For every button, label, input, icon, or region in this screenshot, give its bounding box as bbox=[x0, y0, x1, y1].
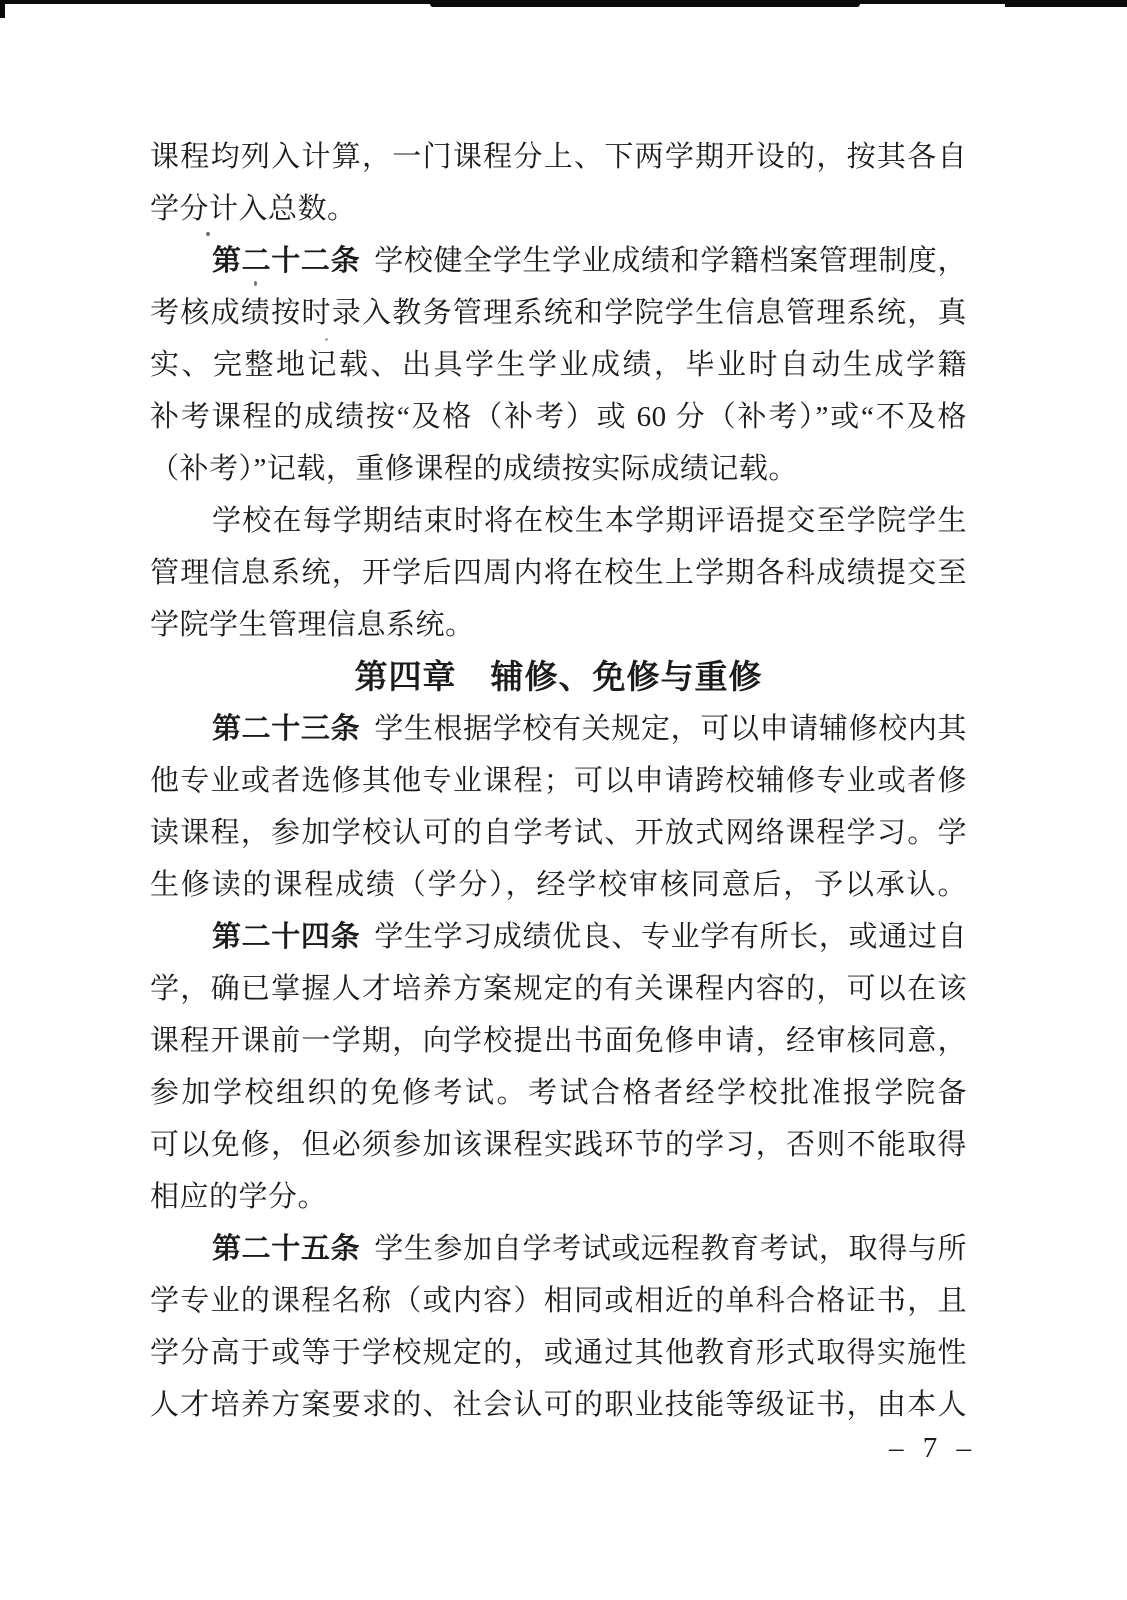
text-line: 实、完整地记载、出具学生学业成绩，毕业时自动生成学籍卡。 bbox=[150, 339, 967, 391]
article-line: 第二十二条学校健全学生学业成绩和学籍档案管理制度， bbox=[150, 235, 967, 287]
text-line paragraph-end: 学分计入总数。 bbox=[150, 183, 967, 235]
text-line: 课程开课前一学期，向学校提出书面免修申请，经审核同意， bbox=[150, 1015, 967, 1067]
chapter-heading: 第四章 辅修、免修与重修 bbox=[150, 651, 967, 703]
article-number: 第二十五条 bbox=[212, 1233, 360, 1265]
article-text: 学生学习成绩优良、专业学有所长，或通过自 bbox=[374, 921, 967, 953]
text-line: 参加学校组织的免修考试。考试合格者经学校批准报学院备案， bbox=[150, 1067, 967, 1119]
document-body: 课程均列入计算，一门课程分上、下两学期开设的，按其各自 学分计入总数。 第二十二… bbox=[150, 131, 967, 1431]
article-line: 第二十五条学生参加自学考试或远程教育考试，取得与所 bbox=[150, 1223, 967, 1275]
article-line: 第二十三条学生根据学校有关规定，可以申请辅修校内其 bbox=[150, 703, 967, 755]
text-line: 可以免修，但必须参加该课程实践环节的学习，否则不能取得 bbox=[150, 1119, 967, 1171]
text-line: 考核成绩按时录入教务管理系统和学院学生信息管理系统，真 bbox=[150, 287, 967, 339]
text-line: 管理信息系统，开学后四周内将在校生上学期各科成绩提交至 bbox=[150, 547, 967, 599]
page-number: – 7 – bbox=[889, 1426, 977, 1470]
article-line: 第二十四条学生学习成绩优良、专业学有所长，或通过自 bbox=[150, 911, 967, 963]
text-line: 学，确已掌握人才培养方案规定的有关课程内容的，可以在该 bbox=[150, 963, 967, 1015]
text-line paragraph-end: 学院学生管理信息系统。 bbox=[150, 599, 967, 651]
text-line: 学校在每学期结束时将在校生本学期评语提交至学院学生 bbox=[150, 495, 967, 547]
scanned-document-page: 课程均列入计算，一门课程分上、下两学期开设的，按其各自 学分计入总数。 第二十二… bbox=[0, 0, 1127, 1600]
text-line: 学专业的课程名称（或内容）相同或相近的单科合格证书，且 bbox=[150, 1275, 967, 1327]
text-line: 他专业或者选修其他专业课程；可以申请跨校辅修专业或者修 bbox=[150, 755, 967, 807]
text-line: 读课程，参加学校认可的自学考试、开放式网络课程学习。学 bbox=[150, 807, 967, 859]
text-line: 生修读的课程成绩（学分），经学校审核同意后，予以承认。 bbox=[150, 859, 967, 911]
text-line: 人才培养方案要求的、社会认可的职业技能等级证书，由本人 bbox=[150, 1379, 967, 1431]
scan-artifact-top-line bbox=[1005, 2, 1127, 7]
article-text: 学生参加自学考试或远程教育考试，取得与所 bbox=[374, 1233, 967, 1265]
article-number: 第二十四条 bbox=[212, 921, 360, 953]
scan-artifact-top-line bbox=[430, 2, 860, 7]
article-text: 学生根据学校有关规定，可以申请辅修校内其 bbox=[374, 713, 967, 745]
text-line paragraph-end: 相应的学分。 bbox=[150, 1171, 967, 1223]
text-line: 补考课程的成绩按“及格（补考）或 60 分（补考）”或“不及格 bbox=[150, 391, 967, 443]
scan-artifact-corner-tick bbox=[0, 0, 5, 18]
text-line: 课程均列入计算，一门课程分上、下两学期开设的，按其各自 bbox=[150, 131, 967, 183]
article-number: 第二十二条 bbox=[212, 245, 360, 277]
article-number: 第二十三条 bbox=[212, 713, 360, 745]
text-line paragraph-end: （补考）”记载，重修课程的成绩按实际成绩记载。 bbox=[150, 443, 967, 495]
text-line: 学分高于或等于学校规定的，或通过其他教育形式取得实施性 bbox=[150, 1327, 967, 1379]
article-text: 学校健全学生学业成绩和学籍档案管理制度， bbox=[374, 245, 967, 277]
